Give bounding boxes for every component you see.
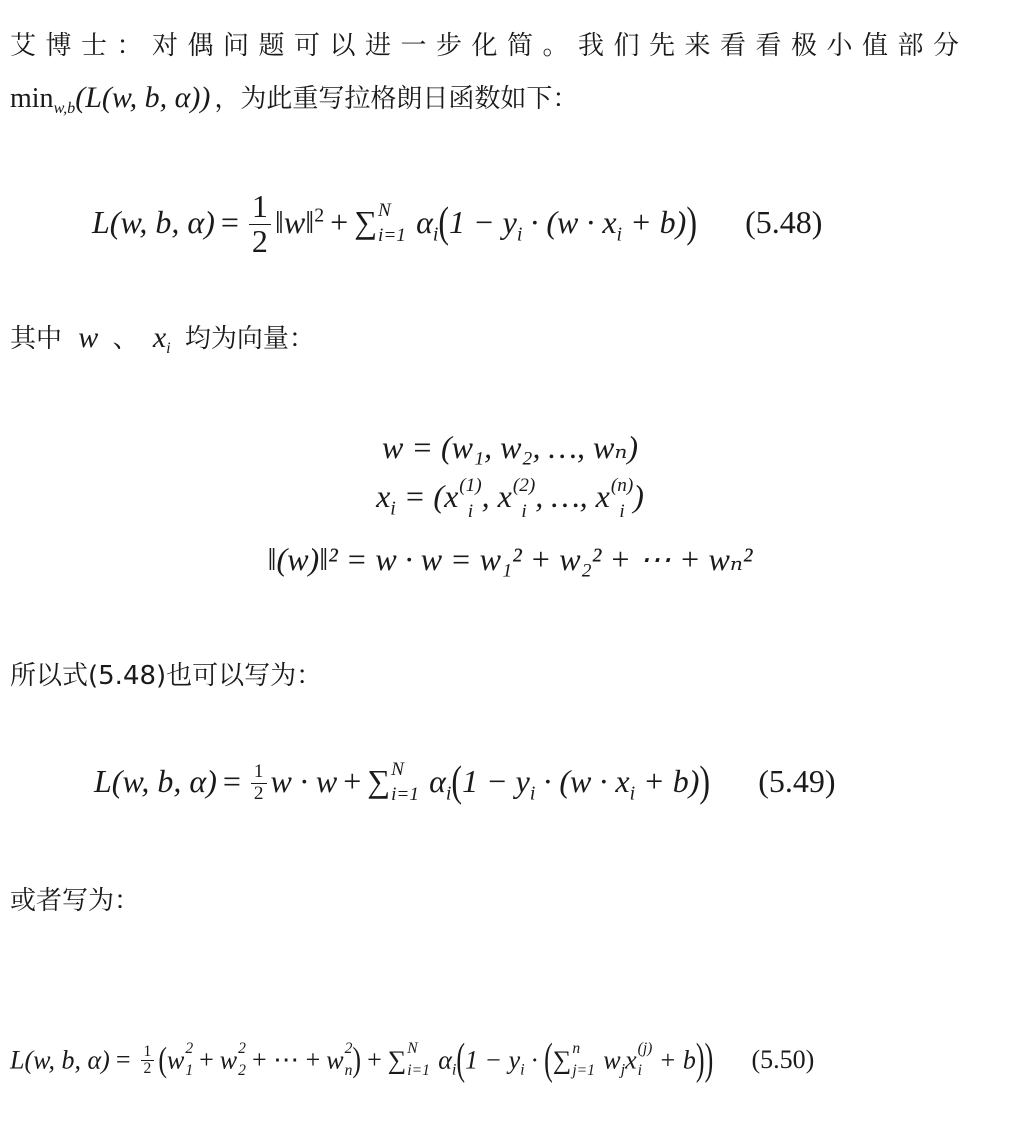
paragraph-vectors-intro: 其中 w 、 xi 均为向量： bbox=[10, 318, 315, 355]
min-argument: (L(w, b, α)) bbox=[75, 81, 210, 114]
intro-line2-text: ，为此重写拉格朗日函数如下： bbox=[214, 84, 578, 114]
equation-5-50: L(w, b, α)=12(w21+w22+ ⋯ +w2n)+∑Ni=1 αi(… bbox=[10, 1044, 814, 1078]
paragraph-alternative: 或者写为： bbox=[10, 880, 140, 917]
min-operator: min bbox=[10, 83, 54, 114]
vector-x-definition: xi = (x(1)i, x(2)i, …, x(n)i) bbox=[0, 478, 1020, 519]
eq548-fraction: 12 bbox=[249, 190, 271, 258]
min-subscript: w,b bbox=[54, 100, 76, 117]
equation-tag-5-49: (5.49) bbox=[758, 763, 835, 799]
equation-5-48: L(w, b, α)=12‖w‖2+∑Ni=1 αi(1 − yi · (w ·… bbox=[92, 190, 822, 258]
equation-5-49: L(w, b, α)=12w · w+∑Ni=1 αi(1 − yi · (w … bbox=[94, 762, 836, 804]
sum-symbol: ∑ bbox=[354, 204, 377, 240]
paragraph-rewrite: 所以式(5.48)也可以写为： bbox=[10, 655, 322, 692]
eq548-norm: ‖w‖ bbox=[275, 204, 314, 240]
paragraph-intro-line1: 艾博士：对偶问题可以进一步化简。我们先来看看极小值部分 bbox=[10, 25, 969, 62]
eq548-lhs: L(w, b, α) bbox=[92, 204, 215, 240]
equation-tag-5-48: (5.48) bbox=[745, 204, 822, 240]
vector-w-definition: w = (w₁, w₂, …, wₙ) bbox=[0, 428, 1020, 466]
paragraph-intro-line2: minw,b(L(w, b, α))，为此重写拉格朗日函数如下： bbox=[10, 78, 578, 115]
equation-tag-5-50: (5.50) bbox=[752, 1045, 815, 1074]
norm-definition: ‖(w)‖² = w · w = w₁² + w₂² + ⋯ + wₙ² bbox=[0, 540, 1020, 578]
